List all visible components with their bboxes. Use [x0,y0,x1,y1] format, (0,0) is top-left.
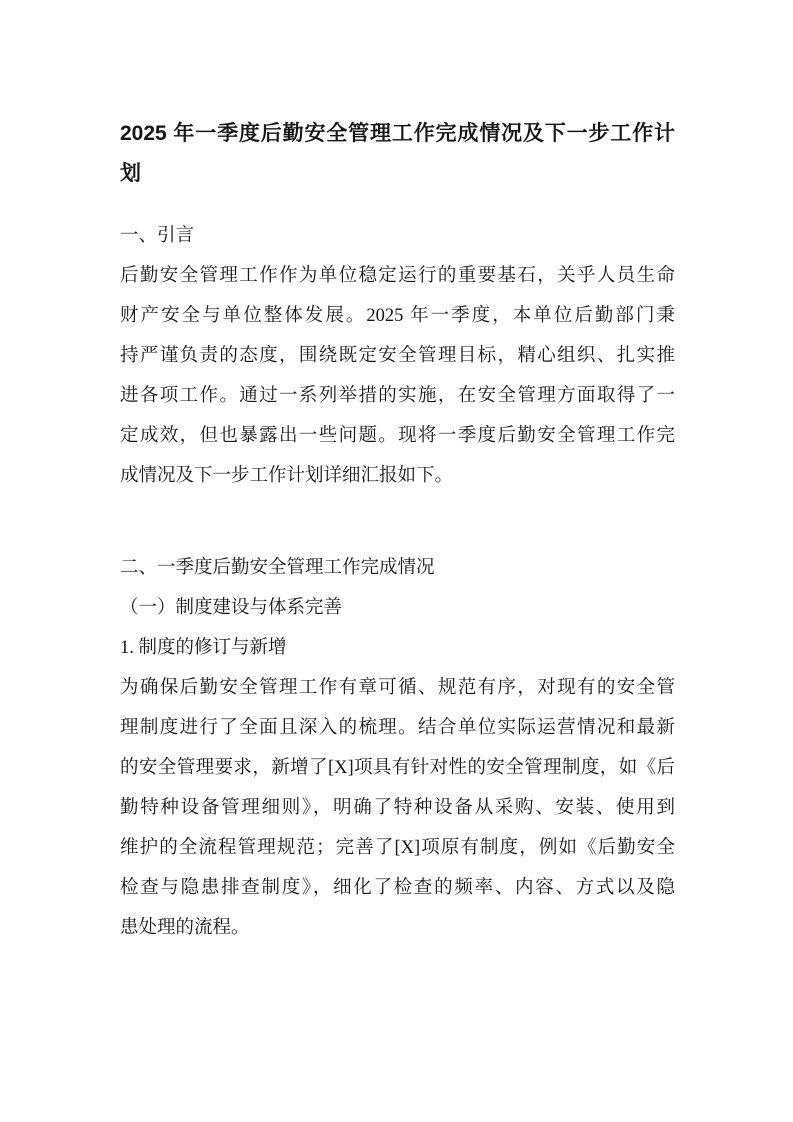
document-body: 2025 年一季度后勤安全管理工作完成情况及下一步工作计 划 一、引言 后勤安全… [120,114,675,948]
paragraph-line: 维护的全流程管理规范；完善了[X]项原有制度，例如《后勤安全 [120,828,675,868]
paragraph-line: 定成效，但也暴露出一些问题。现将一季度后勤安全管理工作完 [120,416,675,456]
paragraph-line: 持严谨负责的态度，围绕既定安全管理目标，精心组织、扎实推 [120,336,675,376]
section-heading-completion-status: 二、一季度后勤安全管理工作完成情况 [120,548,675,588]
item-heading-system-revision: 1. 制度的修订与新增 [120,628,675,668]
system-revision-paragraph: 为确保后勤安全管理工作有章可循、规范有序，对现有的安全管 理制度进行了全面且深入… [120,668,675,948]
paragraph-line: 患处理的流程。 [120,908,675,948]
section-heading-intro: 一、引言 [120,216,675,256]
paragraph-line: 检查与隐患排查制度》，细化了检查的频率、内容、方式以及隐 [120,868,675,908]
paragraph-line: 后勤安全管理工作作为单位稳定运行的重要基石，关乎人员生命 [120,256,675,296]
document-title-line-1: 2025 年一季度后勤安全管理工作完成情况及下一步工作计 [120,114,675,154]
document-title-line-2: 划 [120,154,675,194]
paragraph-line: 成情况及下一步工作计划详细汇报如下。 [120,456,675,496]
paragraph-line: 的安全管理要求，新增了[X]项具有针对性的安全管理制度，如《后 [120,748,675,788]
document-title: 2025 年一季度后勤安全管理工作完成情况及下一步工作计 划 [120,114,675,194]
paragraph-line: 为确保后勤安全管理工作有章可循、规范有序，对现有的安全管 [120,668,675,708]
intro-paragraph: 后勤安全管理工作作为单位稳定运行的重要基石，关乎人员生命 财产安全与单位整体发展… [120,256,675,496]
paragraph-line: 理制度进行了全面且深入的梳理。结合单位实际运营情况和最新 [120,708,675,748]
paragraph-line: 进各项工作。通过一系列举措的实施，在安全管理方面取得了一 [120,376,675,416]
subsection-heading-system-building: （一）制度建设与体系完善 [120,588,675,628]
paragraph-line: 财产安全与单位整体发展。2025 年一季度，本单位后勤部门秉 [120,296,675,336]
paragraph-line: 勤特种设备管理细则》，明确了特种设备从采购、安装、使用到 [120,788,675,828]
